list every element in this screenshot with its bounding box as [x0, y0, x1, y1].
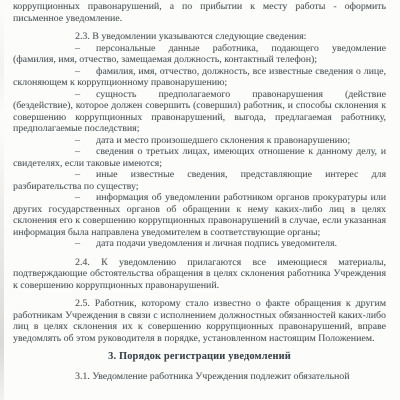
dash-marker: –: [75, 169, 80, 180]
list-item: –сведения о третьих лицах, имеющих отнош…: [13, 146, 386, 169]
dash-marker: –: [75, 238, 80, 249]
list-item: –фамилия, имя, отчество, должность, все …: [13, 66, 386, 89]
list-item-text: сущность предполагаемого правонарушения …: [13, 89, 386, 135]
clause-2-4: 2.4. К уведомлению прилагаются все имеющ…: [13, 257, 386, 292]
list-item-text: сведения о третьих лицах, имеющих отноше…: [13, 146, 386, 169]
list-item: –персональные данные работника, подающег…: [13, 43, 386, 66]
paragraph-continuation: коррупционных правонарушений, а по прибы…: [13, 1, 386, 24]
list-item-text: дата и место произошедшего склонения к п…: [96, 135, 350, 146]
scan-edge-shadow: [0, 0, 4, 400]
dash-marker: –: [75, 43, 80, 54]
list-item: –сущность предполагаемого правонарушения…: [13, 89, 386, 135]
dash-marker: –: [75, 192, 80, 203]
dash-marker: –: [75, 146, 80, 157]
dash-marker: –: [75, 66, 80, 77]
clause-2-5: 2.5. Работник, которому стало известно о…: [13, 298, 386, 344]
list-item-text: дата подачи уведомления и личная подпись…: [96, 238, 337, 249]
clause-2-3: 2.3. В уведомлении указываются следующие…: [13, 31, 386, 43]
document-page: коррупционных правонарушений, а по прибы…: [0, 0, 400, 400]
list-item-text: персональные данные работника, подающего…: [13, 43, 386, 66]
list-item-text: фамилия, имя, отчество, должность, все и…: [13, 66, 386, 89]
list-item-text: иные известные сведения, представляющие …: [13, 169, 386, 192]
list-item: –иные известные сведения, представляющие…: [13, 169, 386, 192]
dash-marker: –: [75, 89, 80, 100]
list-item: –дата подачи уведомления и личная подпис…: [13, 238, 386, 250]
clause-3-1: 3.1. Уведомление работника Учреждения по…: [13, 371, 386, 383]
list-item: –информация об уведомлении работником ор…: [13, 192, 386, 238]
section-3-heading: 3. Порядок регистрации уведомлений: [13, 351, 386, 363]
list-item-text: информация об уведомлении работником орг…: [13, 192, 386, 238]
dash-marker: –: [75, 135, 80, 146]
list-item: –дата и место произошедшего склонения к …: [13, 135, 386, 147]
